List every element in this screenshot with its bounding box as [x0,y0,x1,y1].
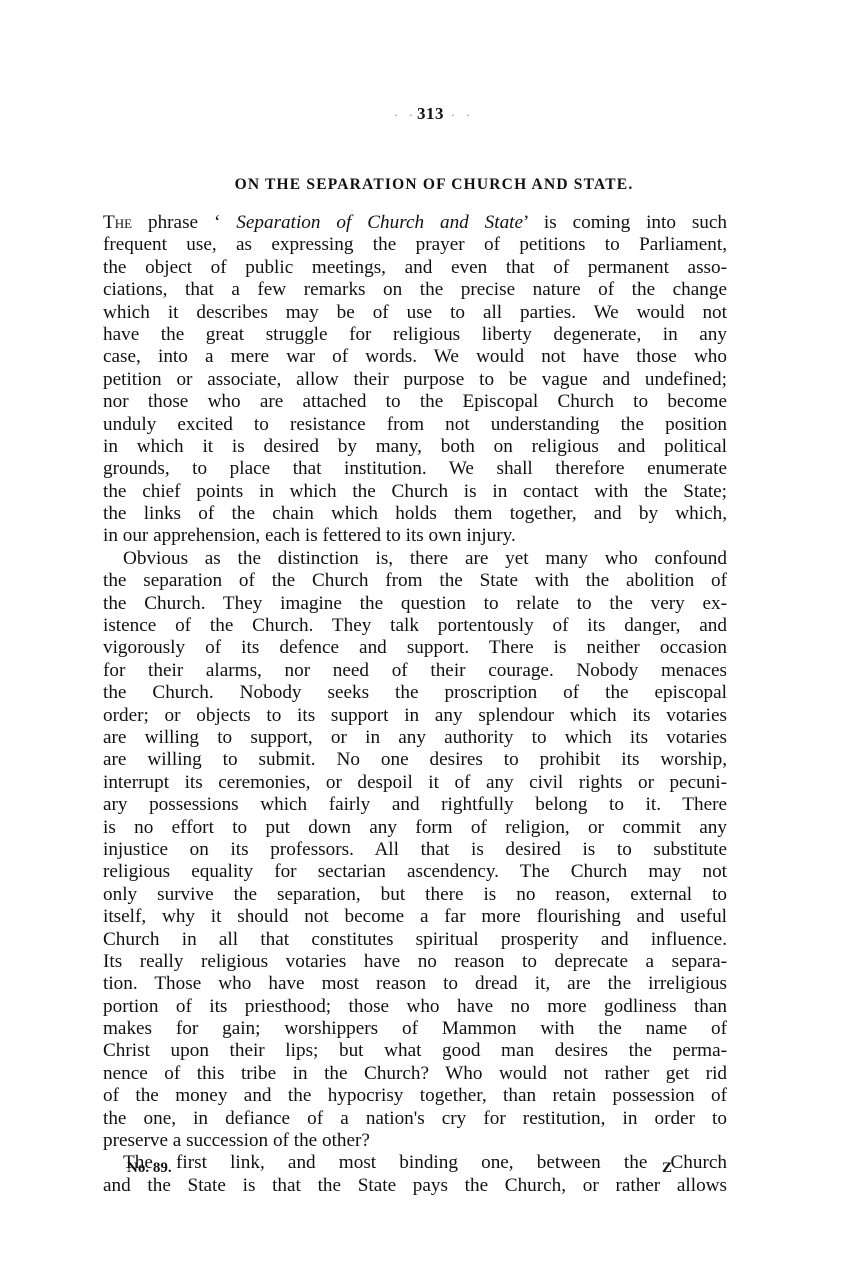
text-line: grounds, to place that institution. We s… [103,458,727,480]
text-line: petition or associate, allow their purpo… [103,369,727,391]
text-line: ciations, that a few remarks on the prec… [103,279,727,301]
text-line: tion. Those who have most reason to drea… [103,973,727,995]
text-line: the separation of the Church from the St… [103,570,727,592]
text-line: the chief points in which the Church is … [103,481,727,503]
text-line: the Church. They imagine the question to… [103,593,727,615]
text-line: and the State is that the State pays the… [103,1175,727,1197]
page-number: 313 [417,104,444,123]
line-segment: ’ is coming into such [523,212,727,233]
text-line: religious equality for sectarian ascende… [103,861,727,883]
text-line: nence of this tribe in the Church? Who w… [103,1063,727,1085]
text-line: interrupt its ceremonies, or despoil it … [103,772,727,794]
text-line-first: The phrase ‘ Separation of Church and St… [103,212,727,234]
page-number-header: · ·313 · · [0,104,868,124]
article-title: ON THE SEPARATION OF CHURCH AND STATE. [0,176,868,194]
text-line: in which it is desired by many, both on … [103,436,727,458]
text-line: which it describes may be of use to all … [103,302,727,324]
text-line: the links of the chain which holds them … [103,503,727,525]
text-line: vigorously of its defence and support. T… [103,637,727,659]
text-line: portion of its priesthood; those who hav… [103,996,727,1018]
dropcap-word: The [103,212,132,233]
text-line: unduly excited to resistance from not un… [103,414,727,436]
text-line: have the great struggle for religious li… [103,324,727,346]
text-line: case, into a mere war of words. We would… [103,346,727,368]
text-line: is no effort to put down any form of rel… [103,817,727,839]
italic-phrase: Separation of Church and State [236,212,523,233]
article-body: The phrase ‘ Separation of Church and St… [103,212,727,1197]
text-line: nor those who are attached to the Episco… [103,391,727,413]
text-line: are willing to support, or in any author… [103,727,727,749]
text-line: only survive the separation, but there i… [103,884,727,906]
text-line: Its really religious votaries have no re… [103,951,727,973]
text-line: the object of public meetings, and even … [103,257,727,279]
page-footer: No. 89. Z [127,1160,672,1177]
text-line: ary possessions which fairly and rightfu… [103,794,727,816]
text-line: in our apprehension, each is fettered to… [103,525,727,547]
text-line: are willing to submit. No one desires to… [103,749,727,771]
text-line: frequent use, as expressing the prayer o… [103,234,727,256]
signature-mark: Z [662,1160,672,1177]
text-line: preserve a succession of the other? [103,1130,727,1152]
text-line: of the money and the hypocrisy together,… [103,1085,727,1107]
text-line: itself, why it should not become a far m… [103,906,727,928]
text-line: injustice on its professors. All that is… [103,839,727,861]
text-line: makes for gain; worshippers of Mammon wi… [103,1018,727,1040]
decorative-dots-right: · · [444,108,474,122]
text-line: for their alarms, nor need of their cour… [103,660,727,682]
text-line: order; or objects to its support in any … [103,705,727,727]
text-line: istence of the Church. They talk portent… [103,615,727,637]
document-page: · ·313 · · ON THE SEPARATION OF CHURCH A… [0,0,868,1287]
issue-number: No. 89. [127,1160,172,1176]
line-segment: phrase ‘ [132,212,236,233]
text-line-paragraph-start: Obvious as the distinction is, there are… [103,548,727,570]
text-line: Christ upon their lips; but what good ma… [103,1040,727,1062]
text-line: the one, in defiance of a nation's cry f… [103,1108,727,1130]
text-line: the Church. Nobody seeks the proscriptio… [103,682,727,704]
decorative-dots-left: · · [394,108,417,122]
text-line: Church in all that constitutes spiritual… [103,929,727,951]
